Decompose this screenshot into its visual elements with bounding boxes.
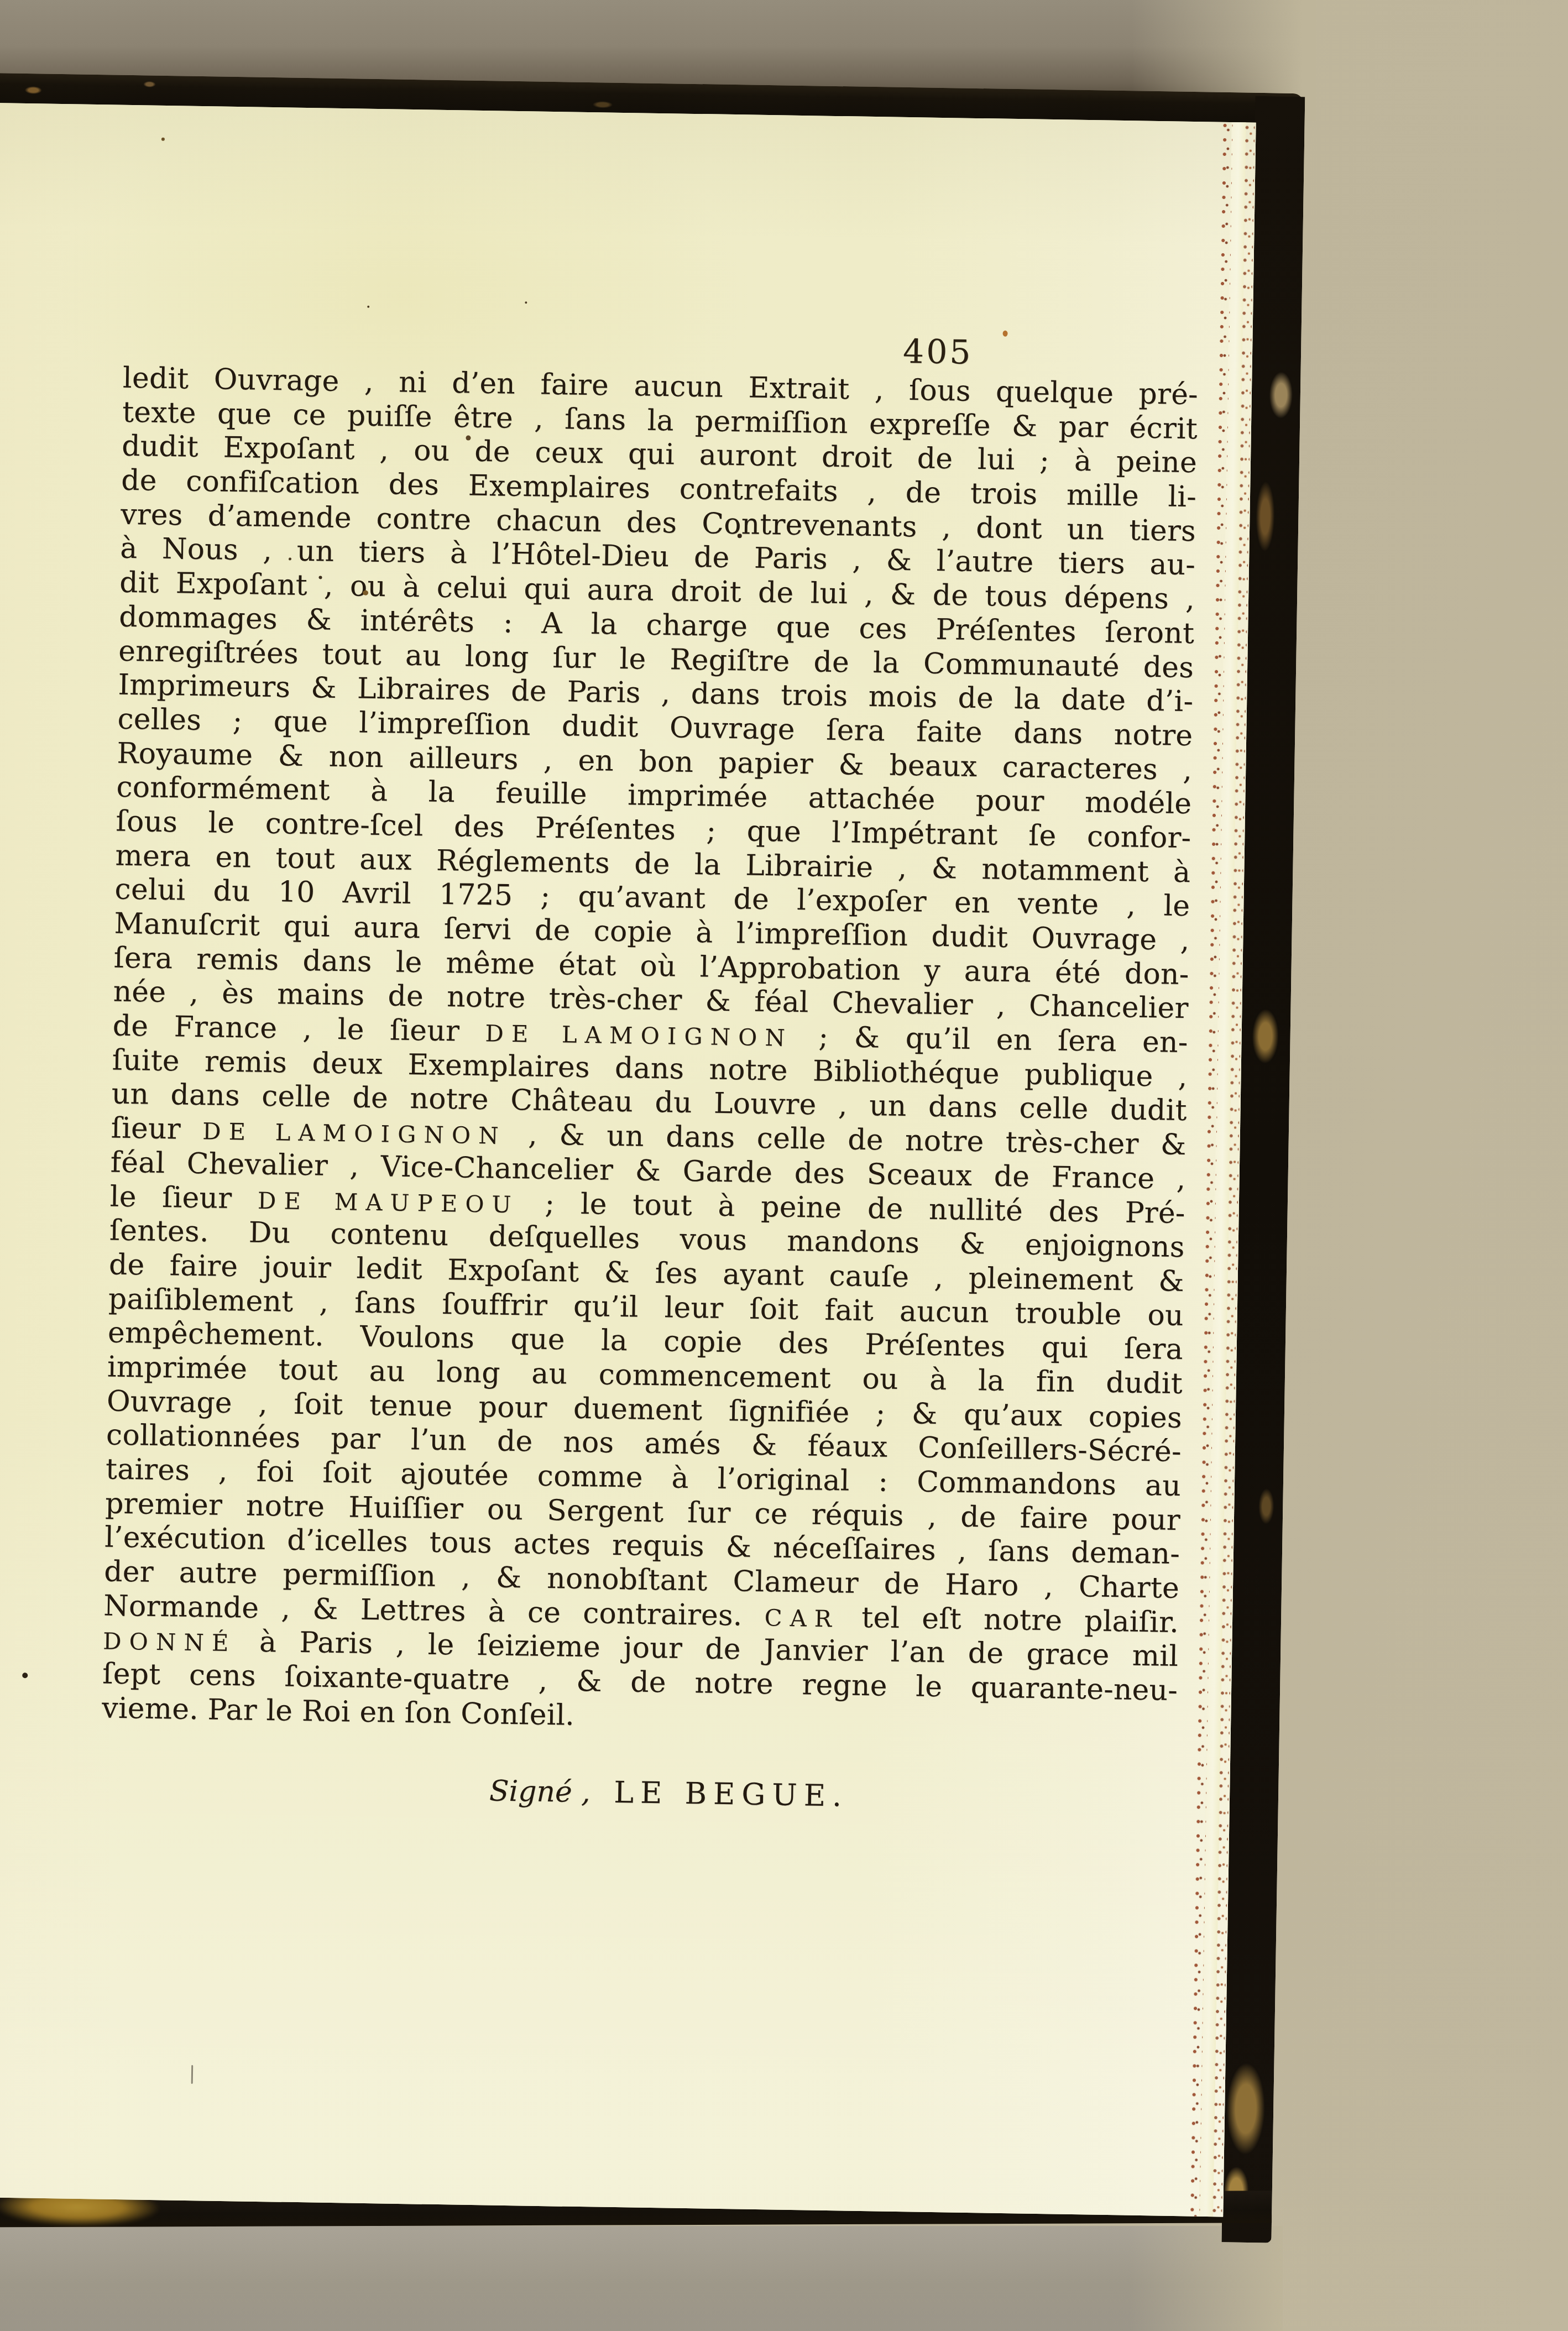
ink-speck	[191, 2065, 194, 2084]
signature-name: LE BEGUE.	[614, 1775, 849, 1813]
signature-prefix: Signé ,	[489, 1774, 591, 1809]
ink-speck	[525, 301, 527, 304]
ink-speck	[161, 138, 165, 141]
ink-speck	[367, 306, 369, 308]
ink-speck	[466, 435, 471, 440]
scanned-page-photo: 405 ledit Ouvrage , ni d’en faire aucun …	[0, 0, 1568, 2331]
ink-speck	[363, 590, 368, 595]
ink-speck	[318, 576, 322, 579]
signature-line: Signé , LE BEGUE.	[101, 1766, 1177, 1818]
ink-speck	[289, 557, 291, 560]
ink-speck	[22, 1673, 28, 1678]
page-number: 405	[903, 332, 1025, 373]
body-text: ledit Ouvrage , ni d’en faire aucun Extr…	[102, 362, 1199, 1743]
book: 405 ledit Ouvrage , ni d’en faire aucun …	[0, 72, 1305, 2250]
book-page: 405 ledit Ouvrage , ni d’en faire aucun …	[0, 102, 1256, 2217]
